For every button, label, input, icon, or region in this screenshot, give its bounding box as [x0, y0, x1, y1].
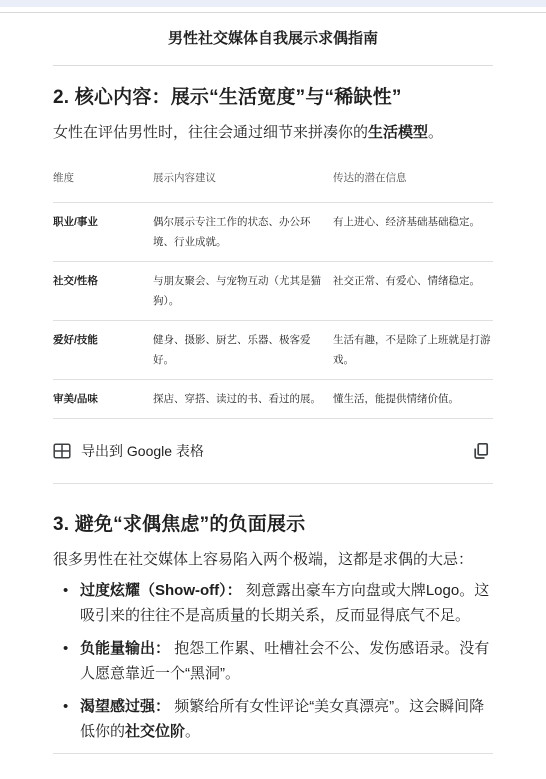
section-2-intro: 女性在评估男性时，往往会通过细节来拼凑你的生活模型。: [53, 120, 493, 145]
bullet-tail: 。: [185, 723, 200, 740]
top-strip: [0, 0, 546, 7]
intro-text-bold: 生活模型: [368, 124, 428, 141]
warning-list: 过度炫耀（Show-off）：刻意露出豪车方向盘或大牌Logo。这吸引来的往往不…: [53, 578, 493, 744]
intro-text-pre: 女性在评估男性时，往往会通过细节来拼凑你的: [53, 124, 368, 141]
bullet-lead: 负能量输出：: [80, 640, 174, 657]
export-to-sheets-button[interactable]: 导出到 Google 表格: [53, 419, 493, 484]
table-header-message: 传达的潜在信息: [333, 171, 493, 203]
document-title: 男性社交媒体自我展示求偶指南: [53, 28, 493, 49]
bullet-lead: 过度炫耀（Show-off）：: [80, 582, 246, 599]
document-page: 男性社交媒体自我展示求偶指南 2. 核心内容：展示“生活宽度”与“稀缺性” 女性…: [0, 0, 546, 779]
export-to-sheets-label: 导出到 Google 表格: [81, 441, 204, 461]
top-divider: [0, 12, 546, 13]
bullet-lead: 渴望感过强：: [80, 698, 174, 715]
table-row-2-suggestion: 与朋友聚会、与宠物互动（尤其是猫狗）。: [153, 262, 333, 321]
table-row-2-message: 社交正常、有爱心、情绪稳定。: [333, 262, 493, 321]
copy-icon: [471, 441, 491, 461]
table-row-3-suggestion: 健身、摄影、厨艺、乐器、极客爱好。: [153, 321, 333, 380]
document-content: 男性社交媒体自我展示求偶指南 2. 核心内容：展示“生活宽度”与“稀缺性” 女性…: [0, 28, 546, 754]
bullet-bold-tail: 社交位阶: [125, 723, 185, 740]
table-header-suggestion: 展示内容建议: [153, 171, 333, 203]
table-row-1-dimension: 职业/事业: [53, 203, 153, 262]
section-3-heading: 3. 避免“求偶焦虑”的负面展示: [53, 512, 493, 538]
table-row-4-dimension: 审美/品味: [53, 380, 153, 419]
table-row-1-suggestion: 偶尔展示专注工作的状态、办公环境、行业成就。: [153, 203, 333, 262]
table-header-dimension: 维度: [53, 171, 153, 203]
bottom-divider: [53, 753, 493, 754]
table-grid-icon: [53, 443, 71, 459]
table-row-1-message: 有上进心、经济基础基础稳定。: [333, 203, 493, 262]
section-2-heading: 2. 核心内容：展示“生活宽度”与“稀缺性”: [53, 85, 493, 111]
title-divider: [53, 65, 493, 66]
intro-text-post: 。: [428, 124, 443, 141]
table-row-4-suggestion: 探店、穿搭、读过的书、看过的展。: [153, 380, 333, 419]
bullet-item-negativity: 负能量输出：抱怨工作累、吐槽社会不公、发伤感语录。没有人愿意靠近一个“黑洞”。: [53, 636, 493, 686]
bullet-item-show-off: 过度炫耀（Show-off）：刻意露出豪车方向盘或大牌Logo。这吸引来的往往不…: [53, 578, 493, 628]
content-table: 维度 展示内容建议 传达的潜在信息 职业/事业 偶尔展示专注工作的状态、办公环境…: [53, 171, 493, 419]
bullet-item-thirstiness: 渴望感过强：频繁给所有女性评论“美女真漂亮”。这会瞬间降低你的社交位阶。: [53, 694, 493, 744]
table-row-4-message: 懂生活，能提供情绪价值。: [333, 380, 493, 419]
table-row-3-dimension: 爱好/技能: [53, 321, 153, 380]
table-row-3-message: 生活有趣，不是除了上班就是打游戏。: [333, 321, 493, 380]
section-3-intro: 很多男性在社交媒体上容易陷入两个极端，这都是求偶的大忌：: [53, 547, 493, 572]
copy-button[interactable]: [469, 439, 493, 463]
table-row-2-dimension: 社交/性格: [53, 262, 153, 321]
